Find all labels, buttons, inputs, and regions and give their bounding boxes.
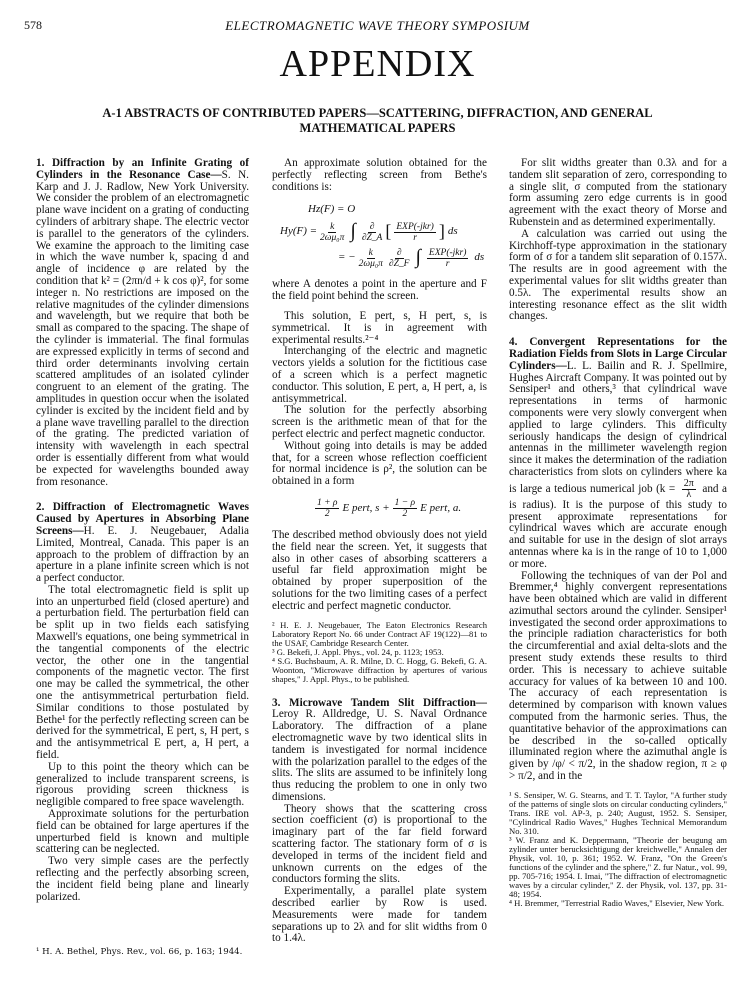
fraction: k2ωμ₀π (320, 222, 344, 243)
footnote: ⁴ S.G. Buchsbaum, A. R. Milne, D. C. Hog… (272, 657, 487, 684)
numerator: 1 + ρ (315, 498, 339, 509)
column-3: For slit widths greater than 0.3λ and fo… (509, 158, 727, 908)
paragraph: Two very simple cases are the perfectly … (36, 856, 249, 903)
page-title: APPENDIX (0, 42, 755, 86)
footnote: ³ W. Franz and K. Deppermann, "Theorie d… (509, 836, 727, 899)
paragraph: Experimentally, a parallel plate system … (272, 886, 487, 945)
paragraph: Without going into details is may be add… (272, 441, 487, 488)
equation-lhs: Hy(F) = (280, 226, 317, 238)
abstract-1-body: S. N. Karp and J. J. Radlow, New York Un… (36, 169, 249, 488)
fraction: ∂∂Z_A (362, 222, 383, 243)
equation-block: Hz(F) = O Hy(F) = k2ωμ₀π ∫ ∂∂Z_A [ EXP(-… (280, 201, 487, 271)
denominator: 2ωμ₀π (320, 233, 344, 243)
paragraph: where A denotes a point in the aperture … (272, 279, 487, 303)
footnotes: ¹ S. Sensiper, W. G. Stearns, and T. T. … (509, 791, 727, 908)
equation-hy-alt: = − k2ωμ₀π ∂∂Z_F ∫ EXP(-jkr)r ds (280, 245, 487, 271)
footnote: ² H. E. J. Neugebauer, The Eaton Electro… (272, 621, 487, 648)
fraction: EXP(-jkr)r (427, 248, 468, 269)
fraction: 2πλ (682, 479, 696, 500)
numerator: EXP(-jkr) (394, 222, 435, 233)
footnote-bethe: ¹ H. A. Bethel, Phys. Rev., vol. 66, p. … (36, 948, 249, 957)
paragraph: The described method obviously does not … (272, 530, 487, 613)
paragraph: Up to this point the theory which can be… (36, 762, 249, 809)
integral-symbol: ∫ (350, 226, 355, 238)
denominator: ∂Z_A (362, 233, 383, 243)
numerator: k (328, 222, 336, 233)
paragraph: Approximate solutions for the perturbati… (36, 809, 249, 856)
equation-row: 1 + ρ2 E pert, s + 1 − ρ2 E pert, a. (312, 496, 487, 522)
abstract-3: 3. Microwave Tandem Slit Diffraction—Ler… (272, 698, 487, 804)
denominator: ∂Z_F (389, 259, 410, 269)
equation-term: E pert, s + (342, 503, 389, 515)
numerator: ∂ (395, 248, 404, 259)
fraction: 1 − ρ2 (393, 498, 417, 519)
abstract-1-heading: 1. Diffraction by an Infinite Grating of… (36, 157, 249, 181)
bracket-open: [ (385, 226, 391, 238)
paragraph: A calculation was carried out using the … (509, 229, 727, 323)
column-2: An approximate solution obtained for the… (272, 158, 487, 945)
denominator: r (413, 233, 417, 243)
integral-symbol: ∫ (415, 252, 420, 264)
paragraph: Theory shows that the scattering cross s… (272, 804, 487, 887)
abstract-4-body: L. L. Bailin and R. J. Spellmire, Hughes… (509, 360, 727, 495)
running-header: 578 ELECTROMAGNETIC WAVE THEORY SYMPOSIU… (0, 18, 755, 38)
column-1: 1. Diffraction by an Infinite Grating of… (36, 158, 249, 903)
abstract-3-heading: 3. Microwave Tandem Slit Diffraction— (272, 697, 487, 709)
denominator: 2 (325, 509, 330, 519)
footnotes: ² H. E. J. Neugebauer, The Eaton Electro… (272, 621, 487, 684)
abstract-3-body: Leroy R. Alldredge, U. S. Naval Ordnance… (272, 708, 487, 803)
fraction: k2ωμ₀π (359, 248, 383, 269)
equation-lhs: = − (338, 252, 356, 264)
equation-reflection: 1 + ρ2 E pert, s + 1 − ρ2 E pert, a. (312, 496, 487, 522)
section-title: A-1 ABSTRACTS OF CONTRIBUTED PAPERS—SCAT… (60, 106, 695, 136)
bracket-close: ] (439, 226, 445, 238)
differential: ds (448, 226, 458, 238)
equation-hz: Hz(F) = O (280, 201, 487, 219)
differential: ds (474, 252, 484, 264)
abstract-1: 1. Diffraction by an Infinite Grating of… (36, 158, 249, 488)
paragraph: An approximate solution obtained for the… (272, 158, 487, 193)
footnote: ⁴ H. Bremmer, "Terrestrial Radio Waves,"… (509, 899, 727, 908)
paragraph: This solution, E pert, s, H pert, s, is … (272, 311, 487, 346)
journal-title: ELECTROMAGNETIC WAVE THEORY SYMPOSIUM (0, 18, 755, 34)
numerator: 1 − ρ (393, 498, 417, 509)
paragraph: Following the techniques of van der Pol … (509, 571, 727, 783)
denominator: r (446, 259, 450, 269)
denominator: 2 (403, 509, 408, 519)
numerator: ∂ (368, 222, 377, 233)
footnote: ¹ S. Sensiper, W. G. Stearns, and T. T. … (509, 791, 727, 836)
equation-term: E pert, a. (420, 503, 461, 515)
abstract-2: 2. Diffraction of Electromagnetic Waves … (36, 502, 249, 585)
equation-hy: Hy(F) = k2ωμ₀π ∫ ∂∂Z_A [ EXP(-jkr)r ] ds (280, 219, 487, 245)
paragraph: For slit widths greater than 0.3λ and fo… (509, 158, 727, 229)
fraction: ∂∂Z_F (389, 248, 410, 269)
paragraph: The solution for the perfectly absorbing… (272, 405, 487, 440)
paragraph: Interchanging of the electric and magnet… (272, 346, 487, 405)
fraction: 1 + ρ2 (315, 498, 339, 519)
numerator: EXP(-jkr) (427, 248, 468, 259)
abstract-4: 4. Convergent Representations for the Ra… (509, 337, 727, 570)
fraction: EXP(-jkr)r (394, 222, 435, 243)
numerator: k (367, 248, 375, 259)
paragraph: The total electromagnetic field is split… (36, 585, 249, 762)
denominator: 2ωμ₀π (359, 259, 383, 269)
